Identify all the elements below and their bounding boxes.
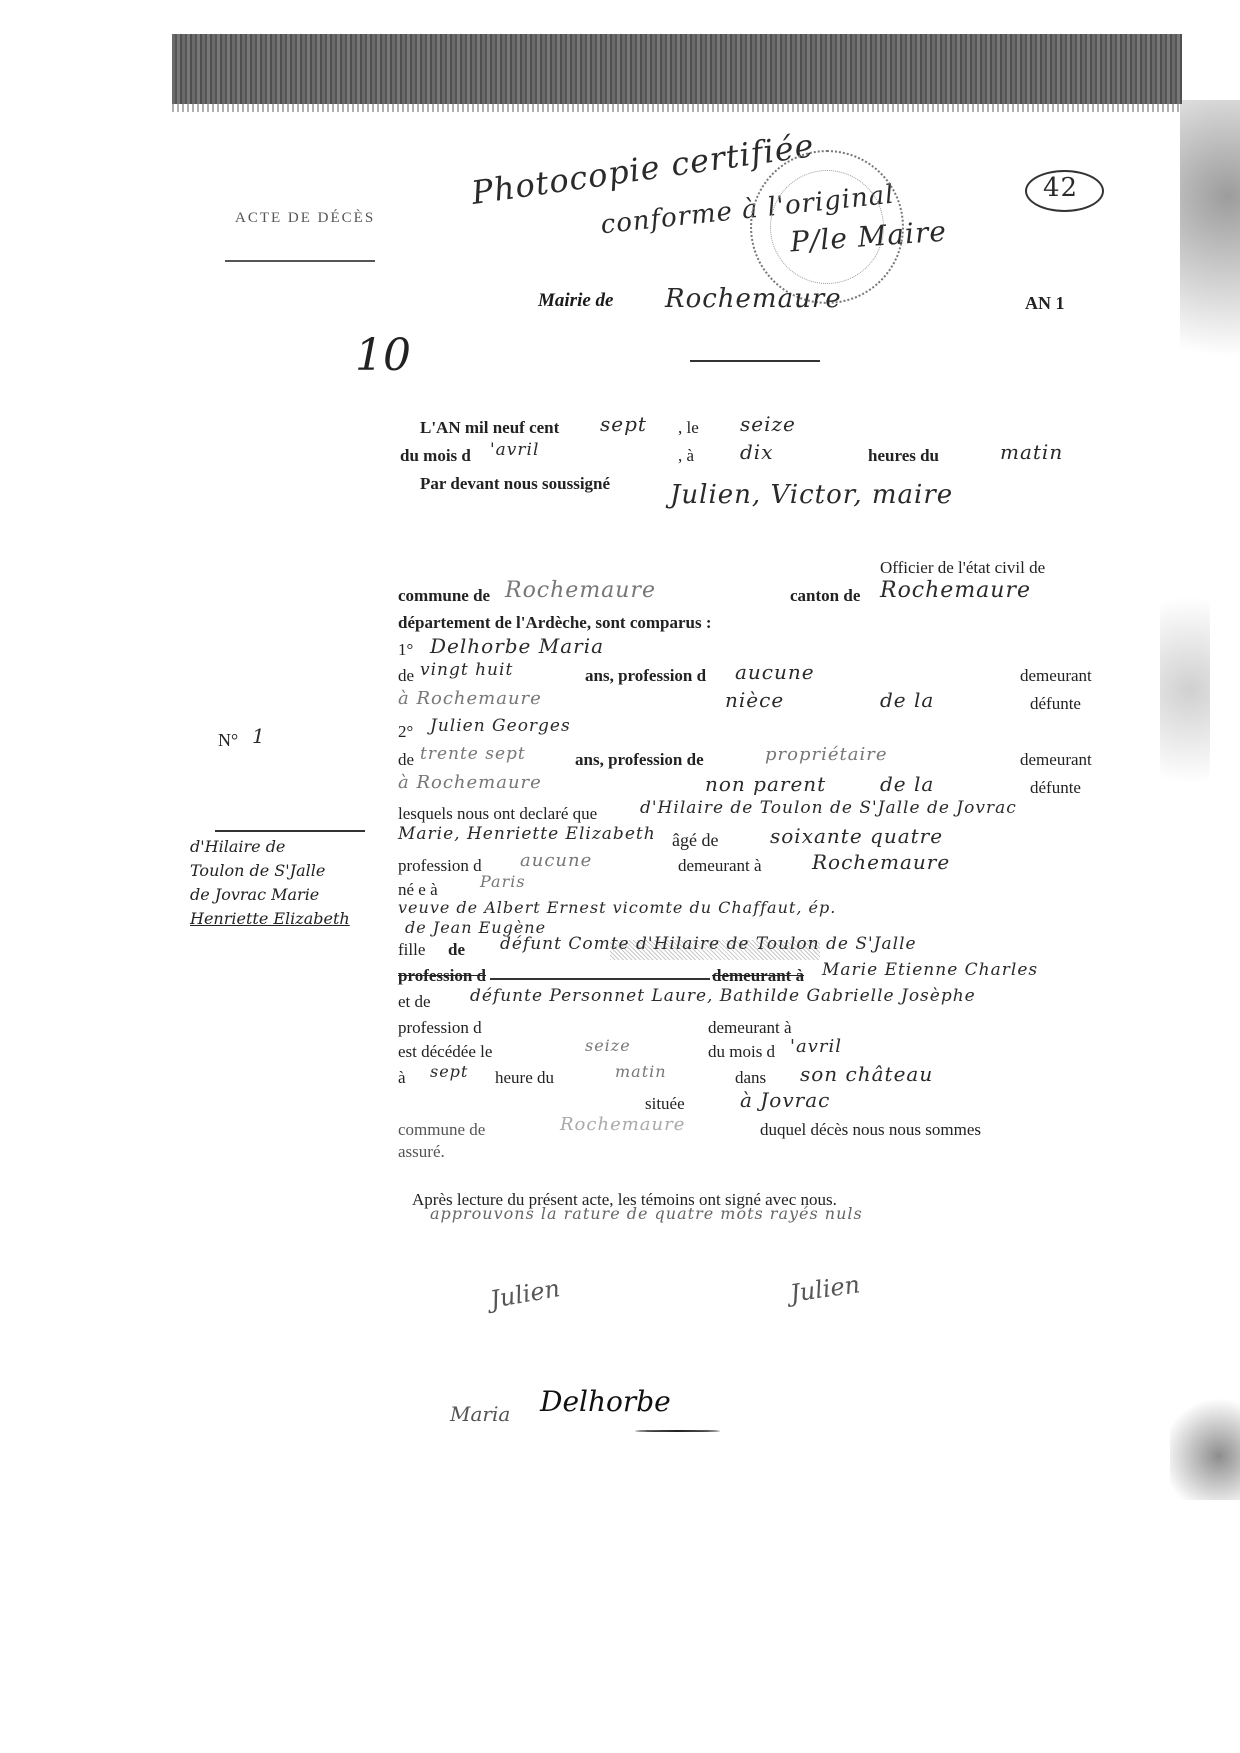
witness2-relation-suffix: de la: [880, 772, 934, 796]
ne-label: né e à: [398, 880, 438, 900]
deces-month: 'avril: [790, 1036, 842, 1057]
mairie-name: Rochemaure: [665, 284, 842, 314]
witness2-age: trente sept: [420, 744, 526, 764]
demeurant2-label: demeurant à: [712, 966, 804, 986]
divider: [225, 260, 375, 262]
age-label: âgé de: [672, 830, 718, 851]
canton-value: Rochemaure: [880, 578, 1031, 603]
declared-name: d'Hilaire de Toulon de S'Jalle de Jovrac: [640, 798, 1017, 818]
page-number: 42: [1043, 173, 1078, 203]
officer-label: Officier de l'état civil de: [880, 558, 1045, 578]
day-value: seize: [740, 412, 796, 436]
profession2-label: profession d: [398, 966, 486, 986]
witness2-relation: non parent: [705, 772, 826, 796]
signature-1: Julien: [488, 1274, 562, 1314]
departement-line: département de l'Ardèche, sont comparus …: [398, 613, 712, 633]
witness2-residence: à Rochemaure: [398, 772, 542, 793]
an-label: AN 1: [1025, 293, 1065, 314]
margin-name-line: d'Hilaire de: [190, 835, 350, 859]
signature-2: Julien: [788, 1270, 861, 1307]
le-label: , le: [678, 418, 699, 438]
margin-name-note: d'Hilaire de Toulon de S'Jalle de Jovrac…: [190, 835, 350, 931]
witness1-num: 1°: [398, 640, 413, 660]
witness2-num: 2°: [398, 722, 413, 742]
margin-name-line: Toulon de S'Jalle: [190, 859, 350, 883]
signature-3: Delhorbe: [540, 1385, 671, 1418]
witness2-profession: propriétaire: [765, 744, 887, 765]
numero-label: N°: [218, 730, 238, 751]
official-stamp: [750, 150, 904, 304]
witness2-age-prefix: de: [398, 750, 414, 770]
commune-label: commune de: [398, 586, 490, 606]
deces-hour: sept: [430, 1062, 468, 1081]
scan-edge-noise: [1170, 1390, 1240, 1500]
declared-prefix: lesquels nous ont declaré que: [398, 804, 597, 824]
demeurant-value: Rochemaure: [812, 850, 950, 874]
a-label: , à: [678, 446, 694, 466]
strike-line: [490, 978, 710, 980]
profession3-label: profession d: [398, 1018, 482, 1038]
et-de-label: et de: [398, 992, 431, 1012]
signature-flourish: [635, 1430, 720, 1432]
situee-value: à Jovrac: [740, 1088, 830, 1112]
devant-prefix: Par devant nous soussigné: [420, 474, 610, 494]
mairie-label: Mairie de: [538, 290, 613, 312]
heure-label: heures du: [868, 446, 939, 466]
duquel-label: duquel décès nous nous sommes: [760, 1120, 981, 1140]
deces-heure-label: heure du: [495, 1068, 554, 1088]
approved-line: approuvons la rature de quatre mots rayé…: [430, 1204, 863, 1223]
month-value: 'avril: [490, 440, 539, 460]
witness1-ans-label: ans, profession d: [585, 666, 706, 686]
demeurant-label: demeurant à: [678, 856, 762, 876]
canton-label: canton de: [790, 586, 860, 606]
assure-label: assuré.: [398, 1142, 445, 1162]
commune2-label: commune de: [398, 1120, 485, 1140]
deces-day: seize: [585, 1036, 631, 1055]
situee-label: située: [645, 1094, 685, 1114]
witness2-defunt: défunte: [1030, 778, 1081, 798]
de-label: de: [448, 940, 465, 960]
year-prefix: L'AN mil neuf cent: [420, 418, 559, 438]
ornament-divider: [690, 360, 820, 362]
witness1-age-prefix: de: [398, 666, 414, 686]
witness2-name: Julien Georges: [430, 716, 571, 736]
deces-month-label: du mois d: [708, 1042, 775, 1062]
witness2-demeurant: demeurant: [1020, 750, 1092, 770]
margin-name-line: de Jovrac Marie: [190, 883, 350, 907]
numero-value: 1: [252, 724, 266, 748]
veuve-line: veuve de Albert Ernest vicomte du Chaffa…: [398, 898, 836, 917]
witness1-relation-suffix: de la: [880, 688, 934, 712]
witness1-name: Delhorbe Maria: [430, 634, 604, 658]
witness1-relation: nièce: [725, 688, 784, 712]
profession-value: aucune: [520, 850, 592, 871]
witness1-demeurant: demeurant: [1020, 666, 1092, 686]
witness1-profession: aucune: [735, 660, 815, 684]
officer-name: Julien, Victor, maire: [670, 480, 953, 510]
month-prefix: du mois d: [400, 446, 471, 466]
act-number: 10: [355, 330, 411, 381]
witness2-ans-label: ans, profession de: [575, 750, 704, 770]
scan-shadow-band: [172, 34, 1182, 104]
margin-divider: [215, 830, 365, 832]
time-of-day: matin: [1000, 440, 1063, 464]
deces-label: est décédée le: [398, 1042, 492, 1062]
hour-value: dix: [740, 440, 773, 464]
witness1-defunt: défunte: [1030, 694, 1081, 714]
demeurant2-value: Marie Etienne Charles: [822, 960, 1038, 980]
dans-label: dans: [735, 1068, 766, 1088]
year-value: sept: [600, 412, 647, 436]
mother-value: défunte Personnet Laure, Bathilde Gabrie…: [470, 986, 976, 1006]
scan-edge-noise: [1180, 100, 1240, 420]
commune2-value: Rochemaure: [560, 1114, 685, 1135]
margin-name-line: Henriette Elizabeth: [190, 907, 350, 931]
commune-value: Rochemaure: [505, 578, 656, 603]
deces-time: matin: [615, 1062, 667, 1081]
declared-name2: Marie, Henriette Elizabeth: [398, 824, 656, 844]
demeurant3-label: demeurant à: [708, 1018, 792, 1038]
scan-edge-noise: [1160, 560, 1210, 820]
deces-a: à: [398, 1068, 406, 1088]
dans-value: son château: [800, 1062, 933, 1086]
witness1-age: vingt huit: [420, 660, 513, 680]
profession-label: profession d: [398, 856, 482, 876]
ne-value: Paris: [480, 872, 526, 891]
fille-label: fille: [398, 940, 425, 960]
father-value: défunt Comte d'Hilaire de Toulon de S'Ja…: [500, 934, 917, 954]
witness1-residence: à Rochemaure: [398, 688, 542, 709]
age-value: soixante quatre: [770, 824, 943, 848]
acte-label: ACTE DE DÉCÈS: [235, 210, 375, 227]
document-page: ACTE DE DÉCÈS Photocopie certifiée confo…: [0, 0, 1240, 1753]
signature-3-prefix: Maria: [450, 1402, 510, 1426]
